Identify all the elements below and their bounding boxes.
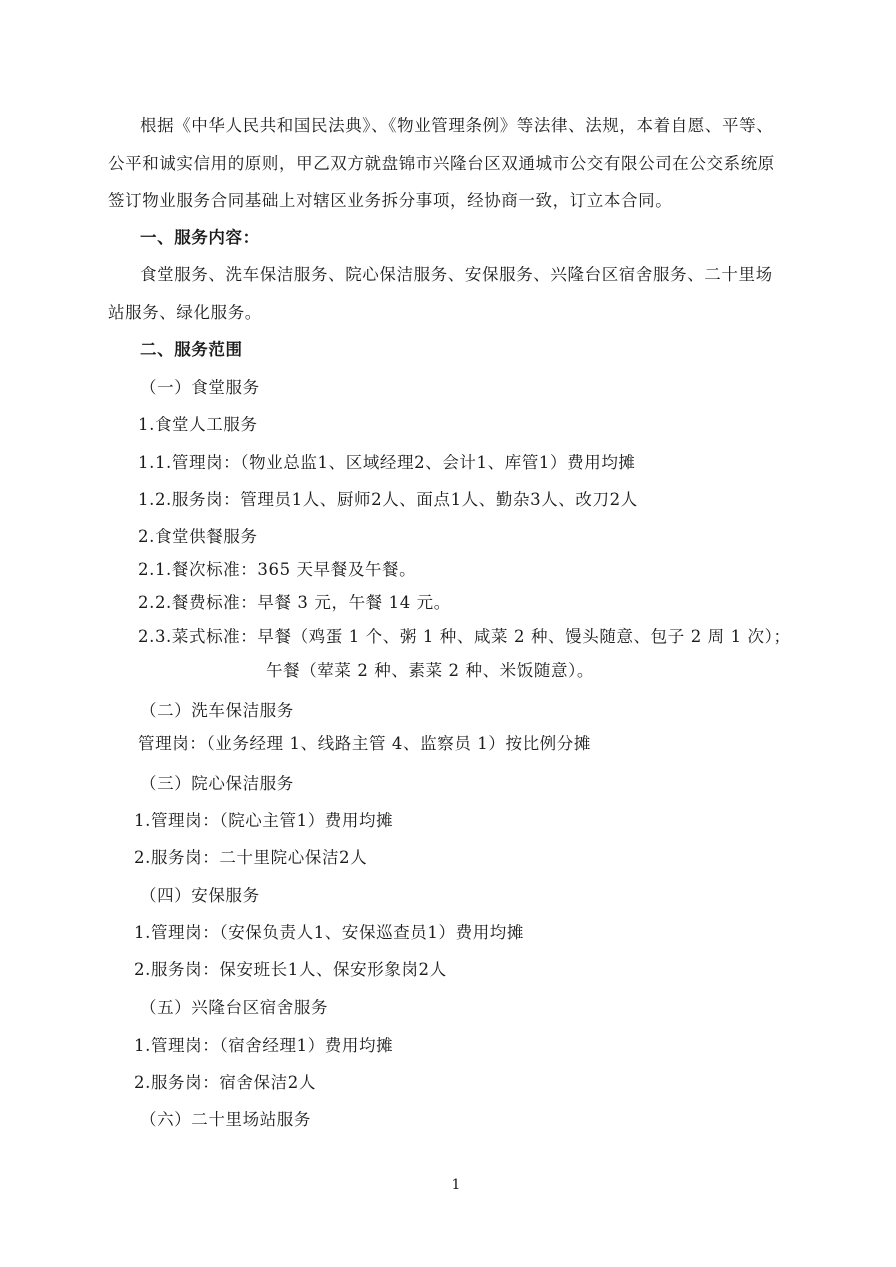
subsection-yard-title: （三）院心保洁服务 — [140, 773, 294, 795]
subsection-canteen-title: （一）食堂服务 — [140, 377, 260, 399]
security-mgmt: 1.管理岗：（安保负责人1、安保巡查员1）费用均摊 — [134, 922, 524, 944]
subsection-security-title: （四）安保服务 — [140, 885, 260, 907]
canteen-meal-title: 2.食堂供餐服务 — [138, 526, 258, 548]
security-service: 2.服务岗：保安班长1人、保安形象岗2人 — [134, 959, 447, 981]
carwash-mgmt: 管理岗：（业务经理 1、线路主管 4、监察员 1）按比例分摊 — [138, 733, 591, 755]
canteen-menu-breakfast: 2.3.菜式标准：早餐（鸡蛋 1 个、粥 1 种、咸菜 2 种、馒头随意、包子 … — [138, 626, 791, 648]
yard-service: 2.服务岗：二十里院心保洁2人 — [134, 847, 367, 869]
dorm-mgmt: 1.管理岗：（宿舍经理1）费用均摊 — [134, 1035, 393, 1057]
canteen-meal-times: 2.1.餐次标准：365 天早餐及午餐。 — [138, 559, 416, 581]
section-heading-service-content: 一、服务内容： — [140, 227, 260, 249]
canteen-labor-mgmt: 1.1.管理岗：（物业总监1、区域经理2、会计1、库管1）费用均摊 — [138, 452, 636, 474]
subsection-carwash-title: （二）洗车保洁服务 — [140, 700, 294, 722]
subsection-dorm-title: （五）兴隆台区宿舍服务 — [140, 997, 328, 1019]
dorm-service: 2.服务岗：宿舍保洁2人 — [134, 1072, 316, 1094]
yard-mgmt: 1.管理岗：（院心主管1）费用均摊 — [134, 810, 393, 832]
canteen-menu-lunch: 午餐（荤菜 2 种、素菜 2 种、米饭随意）。 — [266, 660, 594, 682]
canteen-meal-fees: 2.2.餐费标准：早餐 3 元，午餐 14 元。 — [138, 592, 451, 614]
intro-line-1: 根据《中华人民共和国民法典》、《物业管理条例》等法律、法规，本着自愿、平等、 — [140, 115, 773, 137]
canteen-labor-title: 1.食堂人工服务 — [138, 414, 258, 436]
document-page: 根据《中华人民共和国民法典》、《物业管理条例》等法律、法规，本着自愿、平等、 公… — [0, 0, 896, 1267]
page-number: 1 — [0, 1177, 896, 1193]
section-heading-service-scope: 二、服务范围 — [140, 339, 243, 361]
intro-line-3: 签订物业服务合同基础上对辖区业务拆分事项，经协商一致，订立本合同。 — [108, 190, 672, 212]
subsection-station-title: （六）二十里场站服务 — [140, 1109, 311, 1131]
intro-line-2: 公平和诚实信用的原则，甲乙双方就盘锦市兴隆台区双通城市公交有限公司在公交系统原 — [108, 153, 775, 175]
service-content-line-1: 食堂服务、洗车保洁服务、院心保洁服务、安保服务、兴隆台区宿舍服务、二十里场 — [140, 264, 773, 286]
service-content-line-2: 站服务、绿化服务。 — [108, 302, 262, 324]
canteen-labor-service: 1.2.服务岗：管理员1人、厨师2人、面点1人、勤杂3人、改刀2人 — [138, 489, 638, 511]
